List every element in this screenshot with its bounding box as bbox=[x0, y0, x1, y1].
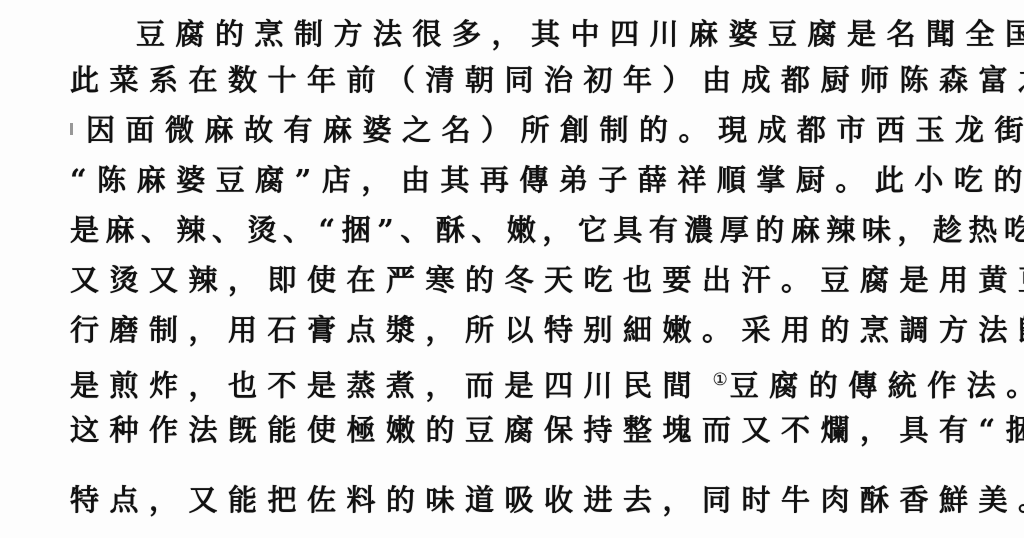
text-line-1: 豆腐的烹制方法很多，其中四川麻婆豆腐是名聞全国的。 bbox=[136, 12, 1016, 56]
text-line-8: 是煎炸，也不是蒸煮，而是四川民間𤆛①豆腐的傳統作法。 bbox=[70, 358, 950, 402]
text-line-5: 是麻、辣、烫、“捆”、酥、嫩，它具有濃厚的麻辣味，趁热吃时 bbox=[70, 208, 950, 252]
text-line-8-head: 是煎炸，也不是蒸煮，而是四川民間𤆛 bbox=[70, 369, 713, 403]
scanned-page: 豆腐的烹制方法很多，其中四川麻婆豆腐是名聞全国的。 此菜系在数十年前（清朝同治初… bbox=[0, 0, 1024, 538]
text-line-10: 特点，又能把佐料的味道吸收进去，同时牛肉酥香鮮美。 bbox=[70, 478, 950, 522]
text-line-6: 又烫又辣，即使在严寒的冬天吃也要出汗。豆腐是用黄豆自 bbox=[70, 258, 950, 302]
text-line-7: 行磨制，用石膏点漿，所以特别細嫩。采用的烹調方法旣不 bbox=[70, 308, 950, 352]
scan-artifact-mark bbox=[70, 123, 73, 135]
footnote-marker[interactable]: ① bbox=[713, 370, 730, 390]
text-line-8-tail: 豆腐的傳統作法。 bbox=[730, 369, 1024, 403]
text-line-9: 这种作法旣能使極嫩的豆腐保持整塊而又不爛，具有“捆”的 bbox=[70, 408, 950, 452]
text-line-2: 此菜系在数十年前（清朝同治初年）由成都厨师陈森富之妻 bbox=[70, 58, 950, 102]
text-line-3: 因面微麻故有麻婆之名）所創制的。現成都市西玉龙街仍有 bbox=[86, 108, 966, 152]
text-line-4: “陈麻婆豆腐”店，由其再傳弟子薛祥順掌厨。此小吃的特点， bbox=[70, 158, 950, 202]
